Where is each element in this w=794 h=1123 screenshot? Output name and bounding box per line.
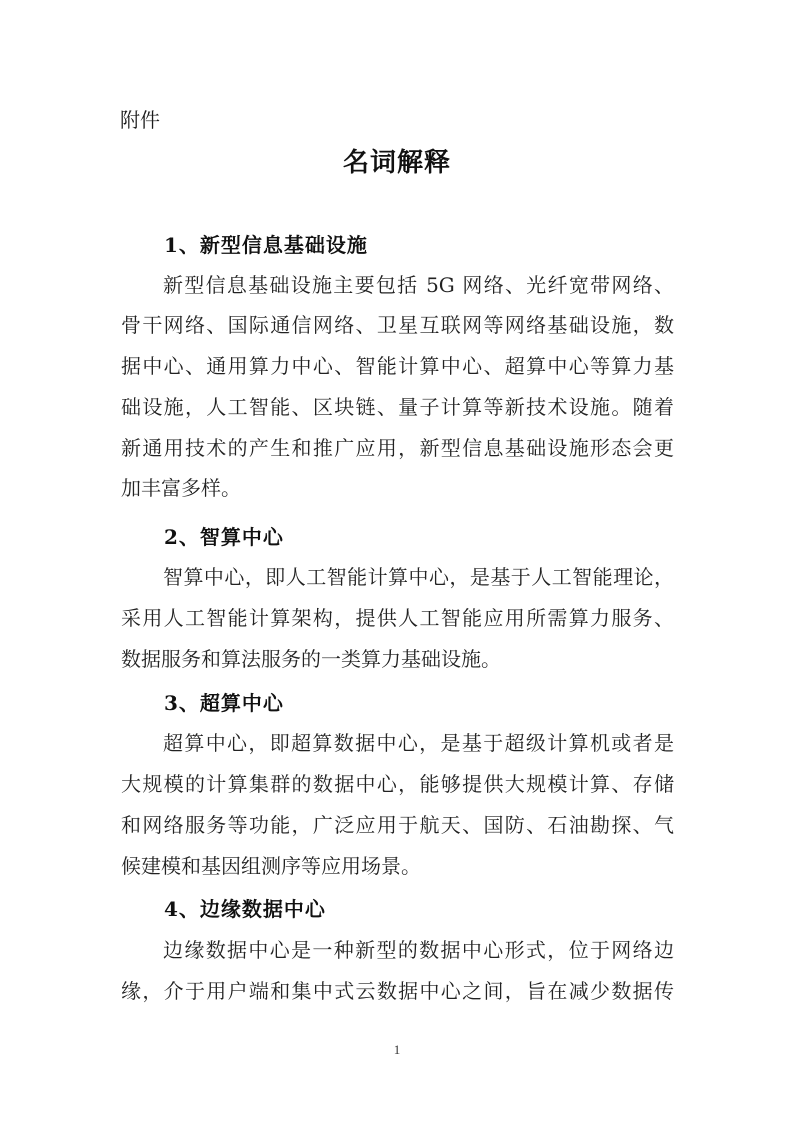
page-title: 名词解释 [0, 142, 794, 179]
paragraph-line: 数据服务和算法服务的一类算力基础设施。 [121, 643, 674, 672]
paragraph-line: 础设施，人工智能、区块链、量子计算等新技术设施。随着 [121, 391, 674, 420]
paragraph-line: 采用人工智能计算架构，提供人工智能应用所需算力服务、 [121, 602, 674, 631]
section-heading: 4、边缘数据中心 [164, 893, 326, 922]
page-number: 1 [0, 1042, 794, 1058]
attachment-label: 附件 [120, 104, 160, 133]
section-heading: 2、智算中心 [164, 521, 284, 550]
paragraph-line: 和网络服务等功能，广泛应用于航天、国防、石油勘探、气 [121, 809, 674, 838]
section-heading: 3、超算中心 [164, 687, 284, 716]
paragraph-line: 新通用技术的产生和推广应用，新型信息基础设施形态会更 [121, 432, 674, 461]
paragraph-line: 大规模的计算集群的数据中心，能够提供大规模计算、存储 [121, 768, 674, 797]
section-heading: 1、新型信息基础设施 [164, 229, 368, 258]
paragraph-line: 缘，介于用户端和集中式云数据中心之间，旨在减少数据传 [121, 975, 674, 1004]
paragraph-line: 候建模和基因组测序等应用场景。 [121, 850, 674, 879]
paragraph-line: 加丰富多样。 [121, 472, 674, 501]
paragraph-line: 骨干网络、国际通信网络、卫星互联网等网络基础设施，数 [121, 309, 674, 338]
paragraph-line: 新型信息基础设施主要包括 5G 网络、光纤宽带网络、 [163, 269, 674, 298]
paragraph-line: 超算中心，即超算数据中心，是基于超级计算机或者是 [163, 727, 674, 756]
paragraph-line: 边缘数据中心是一种新型的数据中心形式，位于网络边 [163, 934, 674, 963]
paragraph-line: 据中心、通用算力中心、智能计算中心、超算中心等算力基 [121, 350, 674, 379]
paragraph-line: 智算中心，即人工智能计算中心，是基于人工智能理论， [163, 561, 674, 590]
